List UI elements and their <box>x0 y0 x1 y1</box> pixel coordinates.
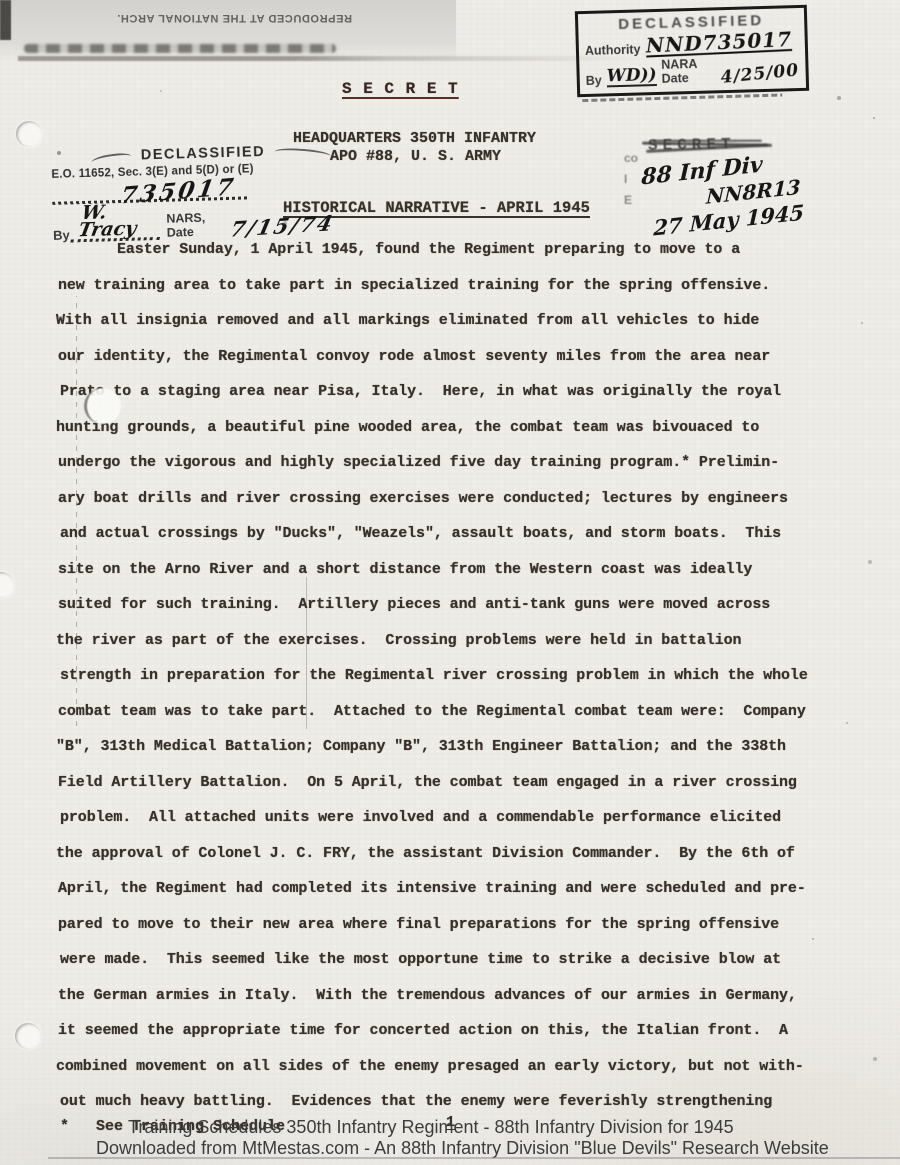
signature-handwritten: W. Tracy <box>70 203 166 243</box>
body-line: our identity, the Regimental convoy rode… <box>58 348 858 384</box>
ink-smudge <box>18 56 638 61</box>
strikethrough-mark <box>652 140 762 142</box>
nara-declassified-stamp: DECLASSIFIED Authority NND735017 By WD))… <box>575 5 809 97</box>
authority-label: Authority <box>585 42 641 58</box>
faint-letter: co <box>624 148 638 169</box>
punch-hole-shadow <box>84 388 121 424</box>
apo-line: APO #88, U. S. ARMY <box>330 148 501 165</box>
body-line: problem. All attached units were involve… <box>60 809 860 845</box>
body-line: the river as part of the exercises. Cros… <box>56 632 856 668</box>
body-line: Prato to a staging area near Pisa, Italy… <box>60 383 860 419</box>
body-line: Field Artillery Battalion. On 5 April, t… <box>58 774 858 810</box>
ink-smudge <box>24 44 336 53</box>
handwritten-routing-note: 88 Inf DivNN8R1327 May 1945 <box>639 147 806 243</box>
authority-number-handwritten: NND735017 <box>645 29 792 58</box>
website-source-caption: Downloaded from MtMestas.com - An 88th I… <box>96 1138 829 1159</box>
body-line: April, the Regiment had completed its in… <box>58 880 858 916</box>
scan-bottom-edge <box>48 1157 900 1159</box>
body-line: pared to move to their new area where fi… <box>58 916 858 952</box>
faint-letter: E <box>624 190 638 211</box>
body-line: suited for such training. Artillery piec… <box>58 596 858 632</box>
nars-date-label: NARS, Date <box>166 210 227 240</box>
body-line: "B", 313th Medical Battalion; Company "B… <box>56 738 856 774</box>
body-line: Easter Sunday, 1 April 1945, found the R… <box>60 241 860 277</box>
fold-crease <box>76 296 77 726</box>
nara-date-label: NARA Date <box>661 56 716 86</box>
body-line: site on the Arno River and a short dista… <box>58 561 858 597</box>
by-label: By <box>586 74 602 88</box>
scanned-document-page: REPRODUCED AT THE NATIONAL ARCH. DECLASS… <box>0 0 900 1165</box>
body-line: it seemed the appropriate time for conce… <box>58 1022 858 1058</box>
body-line: strength in preparation for the Regiment… <box>60 667 860 703</box>
crossed-out-secret-stamp: SECRET <box>648 135 736 155</box>
body-line: were made. This seemed like the most opp… <box>60 951 860 987</box>
body-line: combat team was to take part. Attached t… <box>58 703 858 739</box>
scan-specks <box>0 0 2 2</box>
faint-letter: I <box>624 169 638 190</box>
punch-hole <box>0 572 14 598</box>
punch-hole <box>16 121 42 147</box>
eo-declassified-stamp: DECLASSIFIED E.O. 11652, Sec. 3(E) and 5… <box>51 142 333 243</box>
body-line: With all insignia removed and all markin… <box>56 312 856 348</box>
stamp-dash-mark <box>275 147 331 161</box>
stamp-edge-artifact <box>582 93 782 102</box>
punch-hole <box>15 1023 41 1049</box>
stamp-dash-mark <box>91 151 132 167</box>
by-initials-handwritten: WD)) <box>606 67 656 87</box>
body-line: and actual crossings by "Ducks", "Weazel… <box>60 525 860 561</box>
classification-secret: S E C R E T <box>342 80 459 98</box>
body-line: hunting grounds, a beautiful pine wooded… <box>56 419 856 455</box>
fold-crease <box>306 577 307 729</box>
narrative-body: Easter Sunday, 1 April 1945, found the R… <box>58 241 858 1129</box>
body-line: ary boat drills and river crossing exerc… <box>58 490 858 526</box>
declassified-stamp-title: DECLASSIFIED <box>141 144 266 163</box>
body-line: new training area to take part in specia… <box>58 277 858 313</box>
archive-reproduction-note: REPRODUCED AT THE NATIONAL ARCH. <box>22 12 352 24</box>
date-handwritten: 7/15/74 <box>228 215 335 240</box>
nara-date-handwritten: 4/25/00 <box>720 62 800 87</box>
body-line: the German armies in Italy. With the tre… <box>58 987 858 1023</box>
body-line: combined movement on all sides of the en… <box>56 1058 856 1094</box>
faint-stamp-remnant: coIE <box>624 148 638 211</box>
body-line: undergo the vigorous and highly speciali… <box>58 454 858 490</box>
website-collection-caption: Training Schedules 350th Infantry Regime… <box>128 1117 734 1138</box>
body-line: the approval of Colonel J. C. FRY, the a… <box>56 845 856 881</box>
scan-corner-artifact <box>0 0 11 40</box>
